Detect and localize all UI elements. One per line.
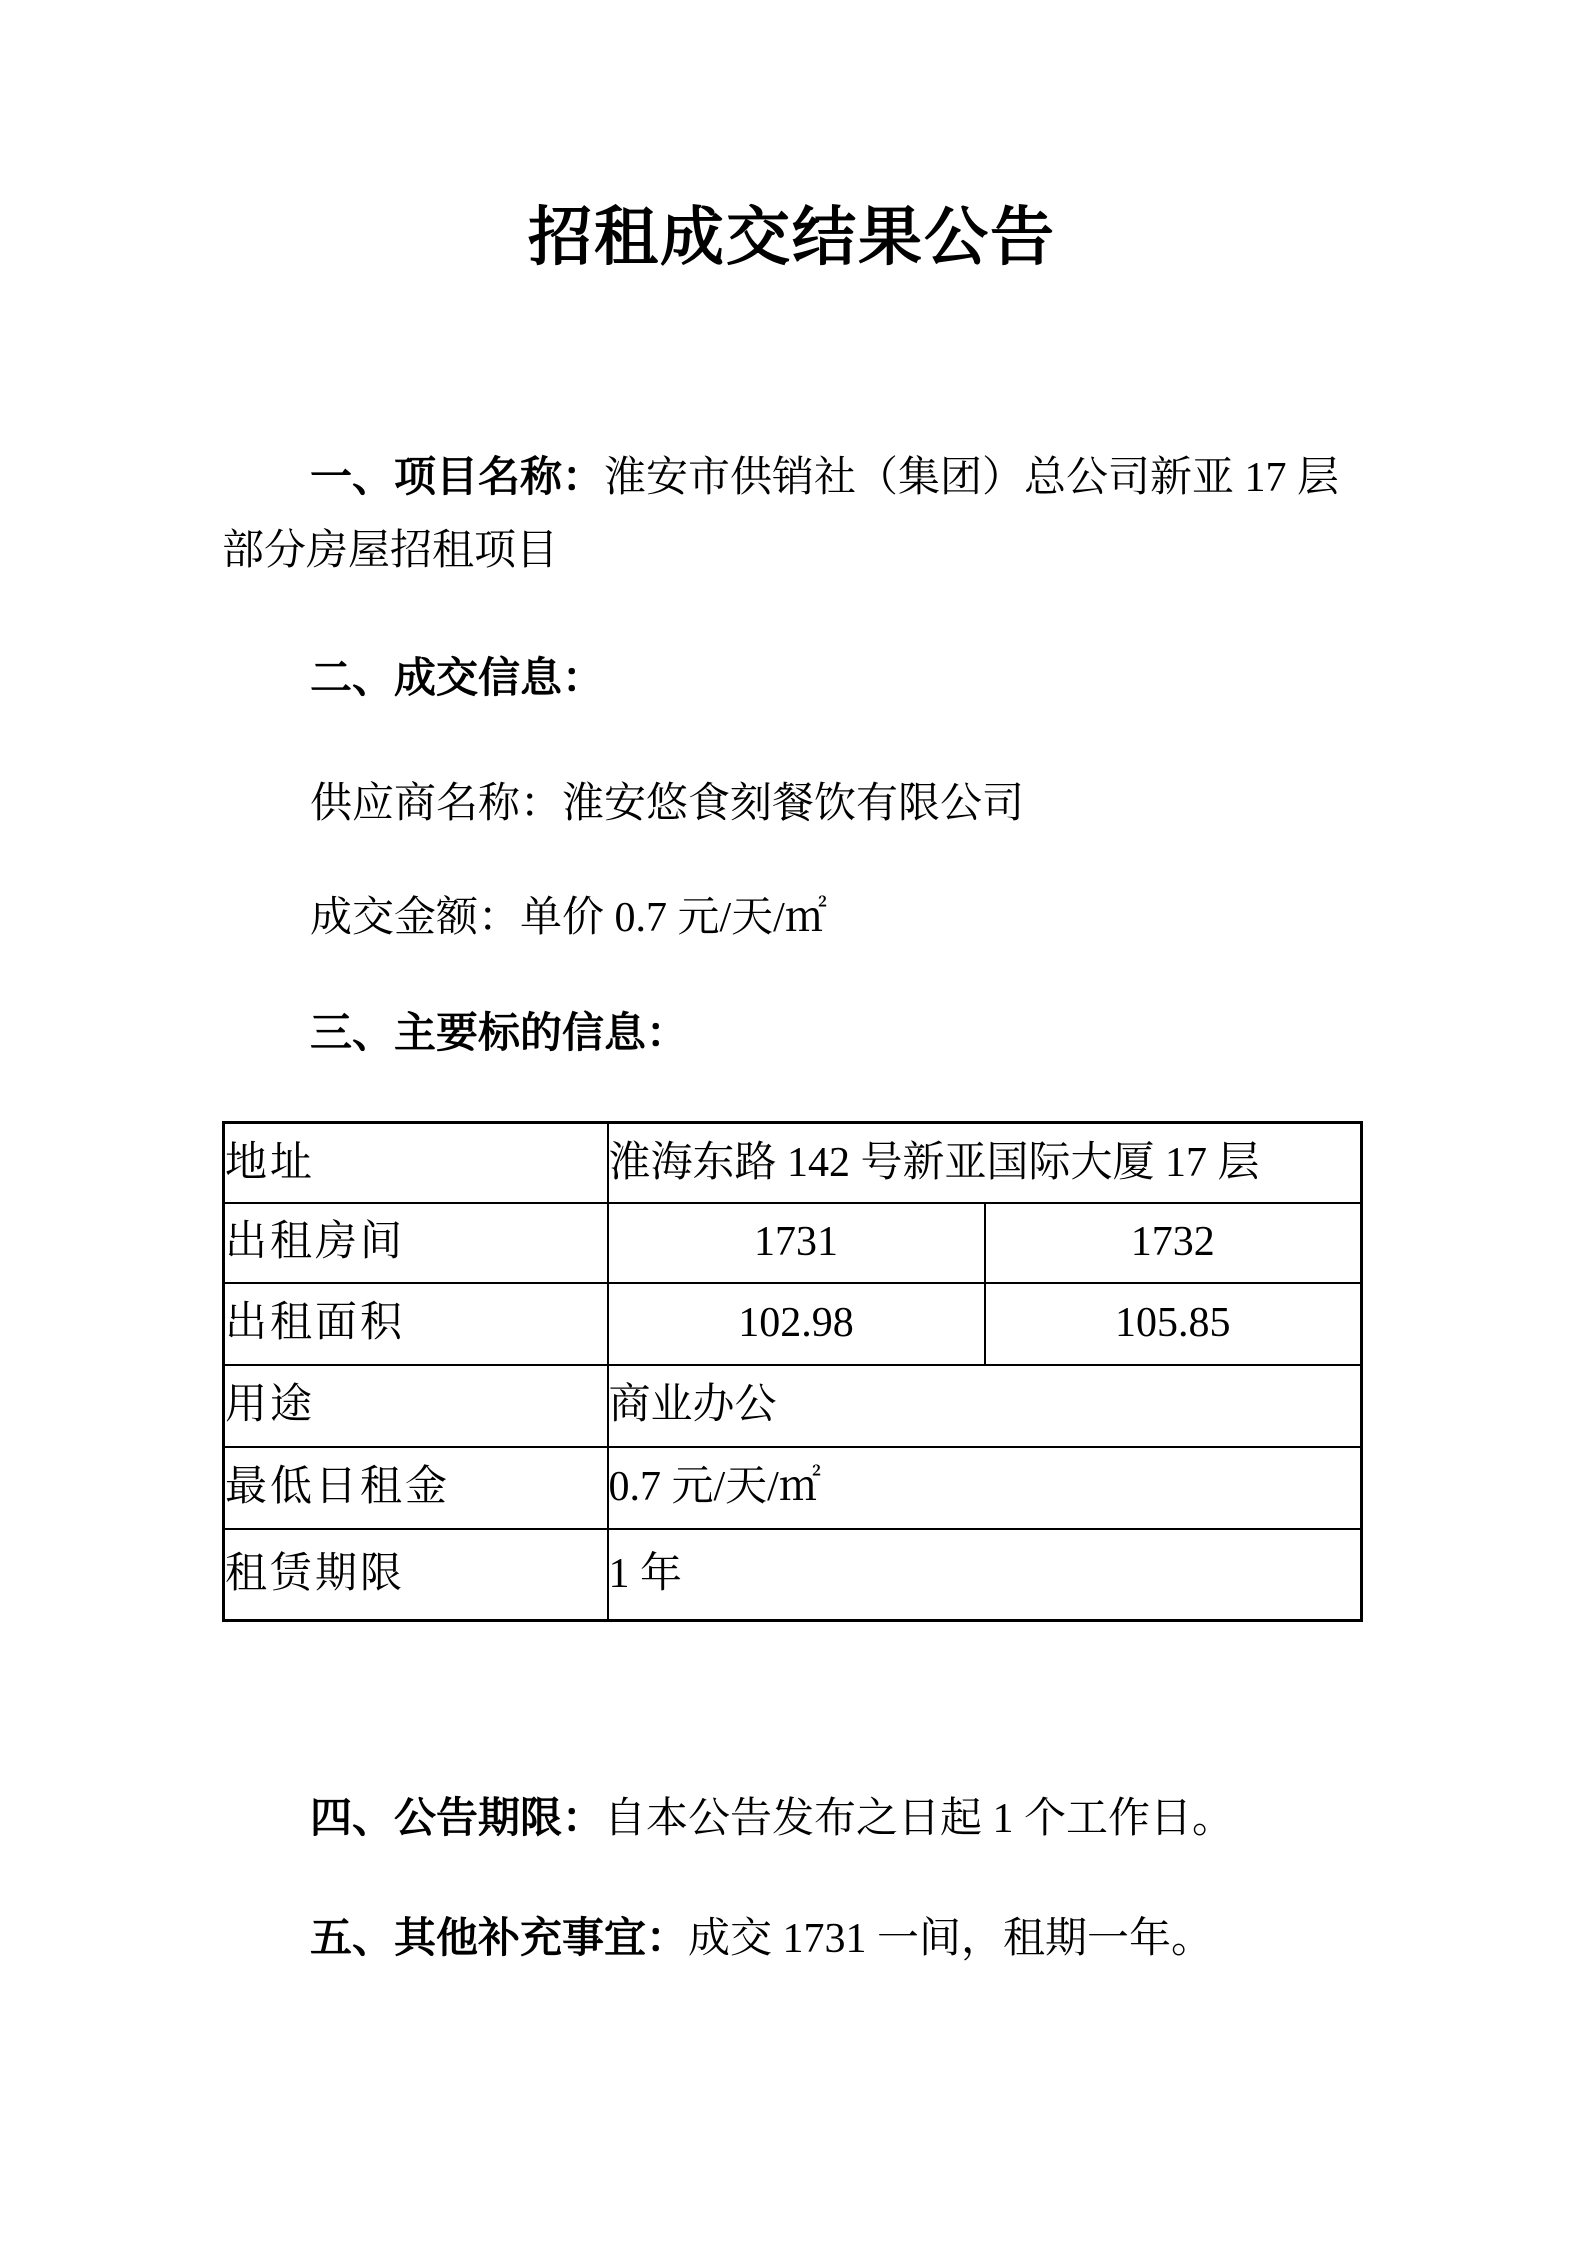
address-value-cell: 淮海东路 142 号新亚国际大厦 17 层	[608, 1123, 1362, 1203]
heading-subject-info: 三、主要标的信息：	[222, 998, 1362, 1071]
notice-period-label: 四、公告期限：	[310, 1796, 604, 1842]
supplement-label: 五、其他补充事宜：	[310, 1916, 688, 1962]
table-row-address: 地址 淮海东路 142 号新亚国际大厦 17 层	[224, 1123, 1362, 1203]
table-row-rooms: 出租房间 1731 1732	[224, 1203, 1362, 1283]
paragraph-supplement: 五、其他补充事宜：成交 1731 一间，租期一年。	[222, 1903, 1362, 1976]
lease-term-label-cell: 租赁期限	[224, 1529, 608, 1621]
paragraph-project-name: 一、项目名称：淮安市供销社（集团）总公司新亚 17 层部分房屋招租项目	[222, 442, 1362, 588]
supplement-text: 成交 1731 一间，租期一年。	[688, 1916, 1213, 1962]
area-2-cell: 105.85	[985, 1283, 1362, 1365]
area-1-cell: 102.98	[608, 1283, 985, 1365]
document-content: 招租成交结果公告 一、项目名称：淮安市供销社（集团）总公司新亚 17 层部分房屋…	[222, 194, 1362, 1976]
subject-info-table: 地址 淮海东路 142 号新亚国际大厦 17 层 出租房间 1731 1732 …	[222, 1121, 1363, 1622]
table-row-lease-term: 租赁期限 1 年	[224, 1529, 1362, 1621]
rooms-label-cell: 出租房间	[224, 1203, 608, 1283]
min-rent-label-cell: 最低日租金	[224, 1447, 608, 1529]
table-row-areas: 出租面积 102.98 105.85	[224, 1283, 1362, 1365]
table-row-usage: 用途 商业办公	[224, 1365, 1362, 1447]
min-rent-value-cell: 0.7 元/天/㎡	[608, 1447, 1362, 1529]
areas-label-cell: 出租面积	[224, 1283, 608, 1365]
address-label-cell: 地址	[224, 1123, 608, 1203]
paragraph-supplier: 供应商名称：淮安悠食刻餐饮有限公司	[222, 768, 1362, 841]
page-title: 招租成交结果公告	[222, 194, 1362, 280]
room-2-cell: 1732	[985, 1203, 1362, 1283]
heading-deal-info: 二、成交信息：	[222, 643, 1362, 716]
usage-value-cell: 商业办公	[608, 1365, 1362, 1447]
paragraph-deal-amount: 成交金额：单价 0.7 元/天/㎡	[222, 882, 1362, 955]
document-page: 招租成交结果公告 一、项目名称：淮安市供销社（集团）总公司新亚 17 层部分房屋…	[0, 0, 1587, 2245]
paragraph-notice-period: 四、公告期限：自本公告发布之日起 1 个工作日。	[222, 1783, 1362, 1856]
table-row-min-rent: 最低日租金 0.7 元/天/㎡	[224, 1447, 1362, 1529]
lease-term-value-cell: 1 年	[608, 1529, 1362, 1621]
project-name-label: 一、项目名称：	[310, 455, 604, 501]
notice-period-text: 自本公告发布之日起 1 个工作日。	[604, 1796, 1234, 1842]
room-1-cell: 1731	[608, 1203, 985, 1283]
usage-label-cell: 用途	[224, 1365, 608, 1447]
